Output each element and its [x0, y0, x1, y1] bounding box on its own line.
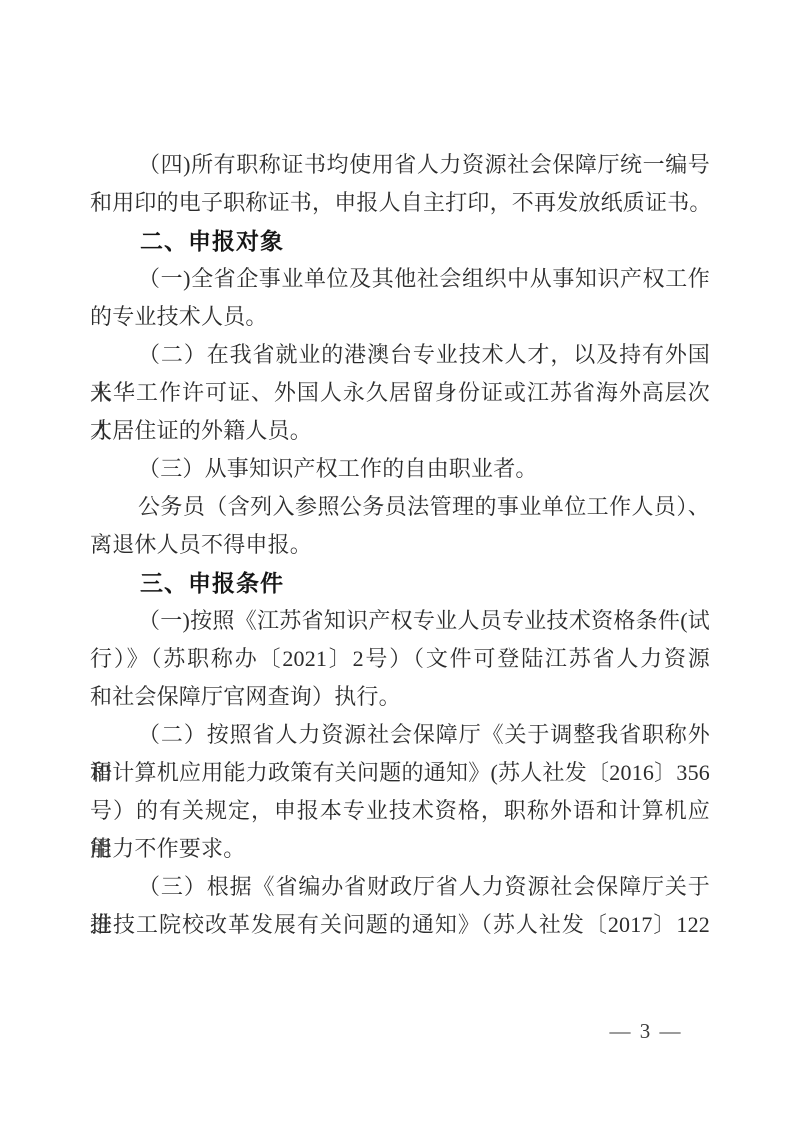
text-line: 和计算机应用能力政策有关问题的通知》(苏人社发〔2016〕356: [90, 754, 710, 792]
text-line: （四)所有职称证书均使用省人力资源社会保障厅统一编号: [90, 146, 710, 184]
section-heading: 三、申报条件: [90, 564, 710, 602]
document-page: （四)所有职称证书均使用省人力资源社会保障厅统一编号和用印的电子职称证书，申报人…: [0, 0, 800, 1132]
text-line: （一)全省企事业单位及其他社会组织中从事知识产权工作: [90, 260, 710, 298]
text-line: 公务员（含列入参照公务员法管理的事业单位工作人员）、: [90, 488, 710, 526]
text-line: 来华工作许可证、外国人永久居留身份证或江苏省海外高层次人: [90, 374, 710, 412]
text-line: 行）》（苏职称办〔2021〕2号）（文件可登陆江苏省人力资源: [90, 640, 710, 678]
text-line: （三）从事知识产权工作的自由职业者。: [90, 450, 710, 488]
text-line: （二）按照省人力资源社会保障厅《关于调整我省职称外语: [90, 716, 710, 754]
text-line: 号）的有关规定，申报本专业技术资格，职称外语和计算机应用: [90, 792, 710, 830]
text-line: （一)按照《江苏省知识产权专业人员专业技术资格条件(试: [90, 602, 710, 640]
text-line: 才居住证的外籍人员。: [90, 412, 710, 450]
text-line: 和用印的电子职称证书，申报人自主打印，不再发放纸质证书。: [90, 184, 710, 222]
text-line: 进技工院校改革发展有关问题的通知》（苏人社发〔2017〕122: [90, 906, 710, 944]
section-heading: 二、申报对象: [90, 222, 710, 260]
text-line: （三）根据《省编办省财政厅省人力资源社会保障厅关于推: [90, 868, 710, 906]
text-line: 和社会保障厅官网查询）执行。: [90, 678, 710, 716]
text-line: 能力不作要求。: [90, 830, 710, 868]
document-body: （四)所有职称证书均使用省人力资源社会保障厅统一编号和用印的电子职称证书，申报人…: [90, 146, 710, 944]
page-number: — 3 —: [598, 1017, 694, 1045]
text-line: 离退休人员不得申报。: [90, 526, 710, 564]
text-line: 的专业技术人员。: [90, 298, 710, 336]
text-line: （二）在我省就业的港澳台专业技术人才，以及持有外国人: [90, 336, 710, 374]
